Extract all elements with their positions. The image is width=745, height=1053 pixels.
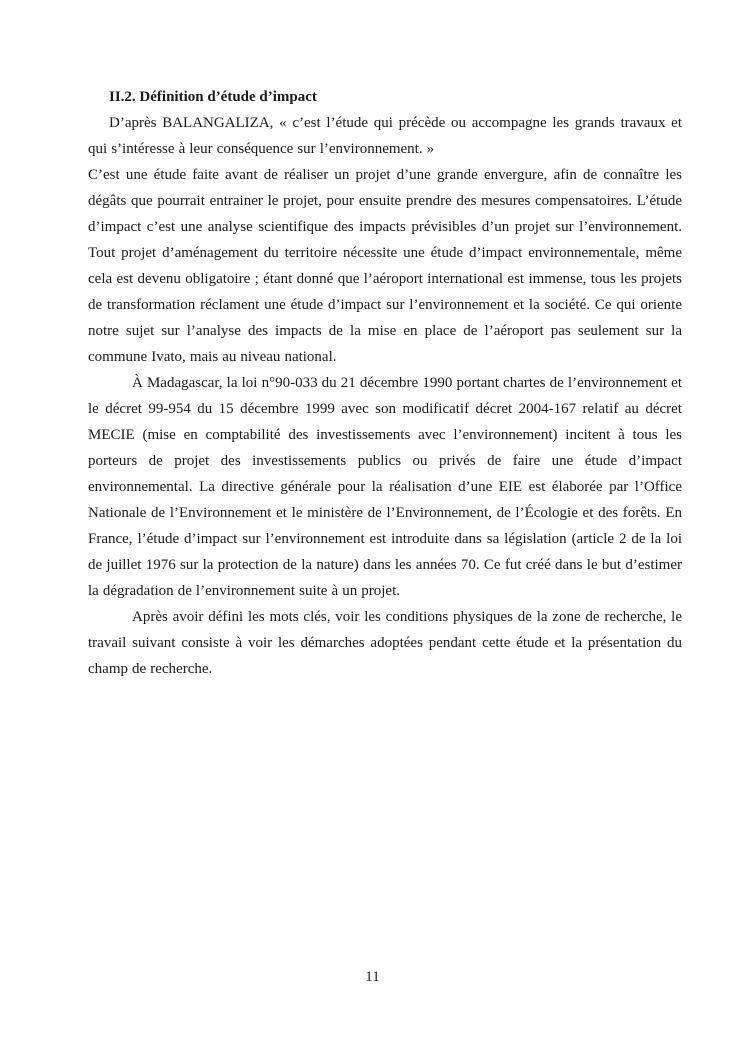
text-block: II.2. Définition d’étude d’impact D’aprè…: [88, 84, 682, 682]
section-heading: II.2. Définition d’étude d’impact: [88, 84, 682, 110]
paragraph-quote-balangaliza: D’après BALANGALIZA, « c’est l’étude qui…: [88, 110, 682, 162]
paragraph-madagascar-law: À Madagascar, la loi n°90-033 du 21 déce…: [88, 370, 682, 604]
paragraph-definition: C’est une étude faite avant de réaliser …: [88, 162, 682, 370]
paragraph-transition: Après avoir défini les mots clés, voir l…: [88, 604, 682, 682]
document-page: II.2. Définition d’étude d’impact D’aprè…: [0, 0, 745, 1053]
page-number: 11: [0, 966, 745, 988]
